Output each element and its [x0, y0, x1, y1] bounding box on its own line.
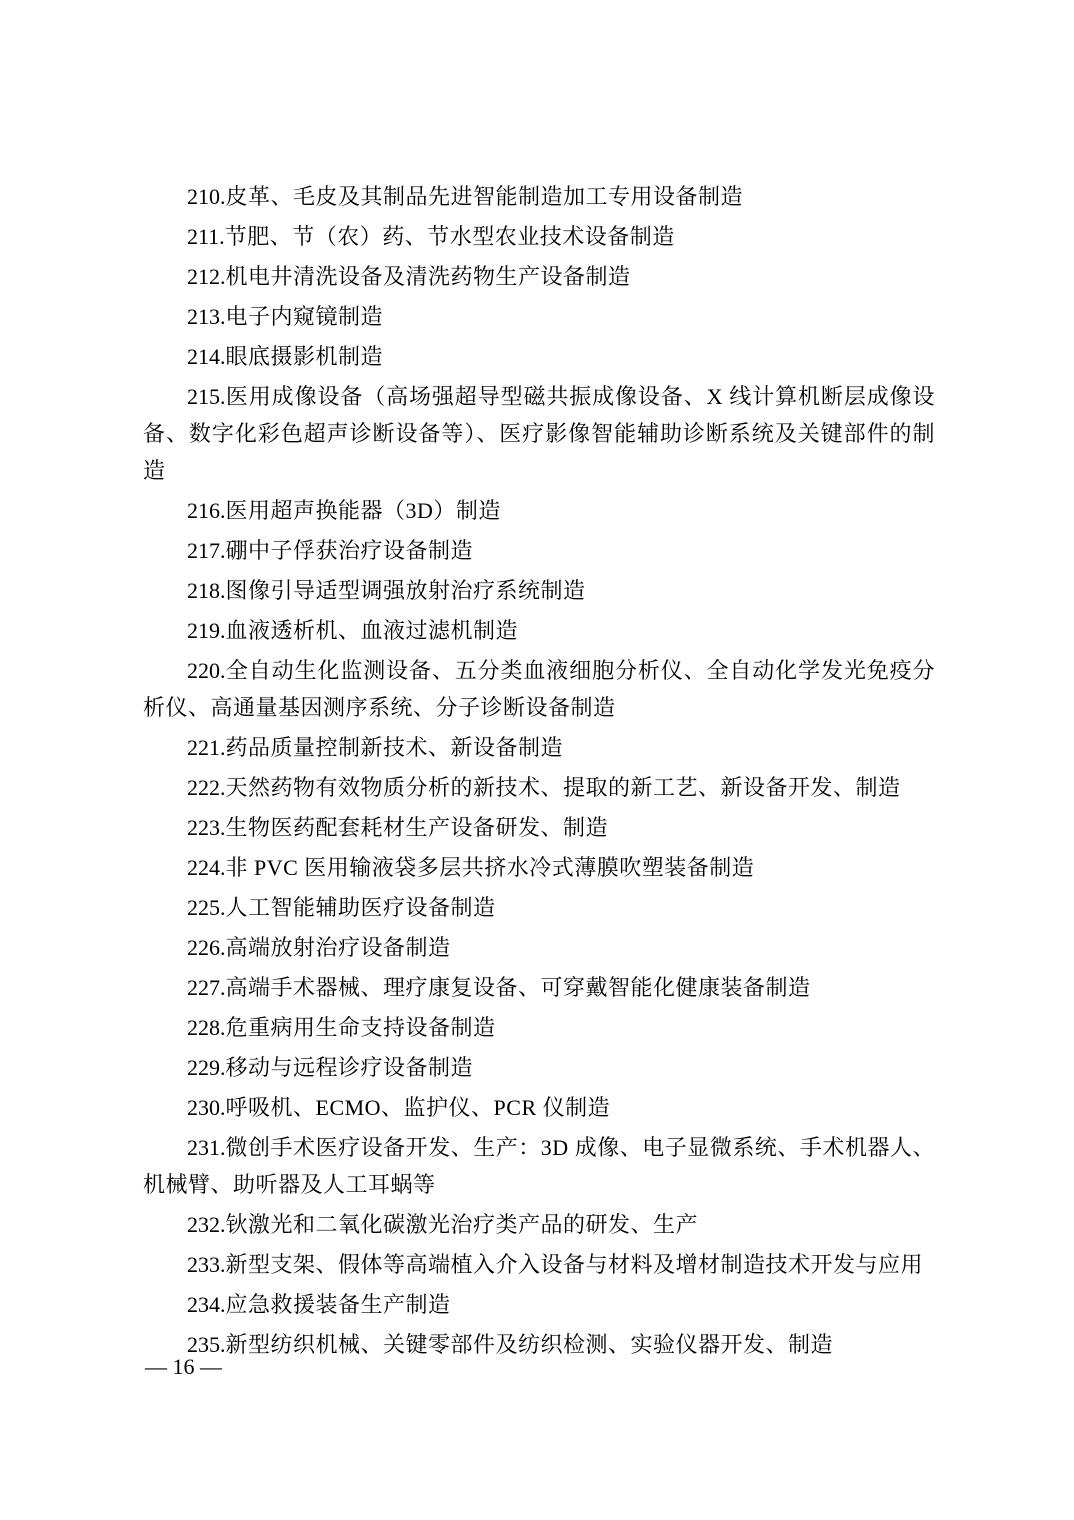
list-item: 213.电子内窥镜制造 [143, 298, 935, 335]
item-number: 215. [187, 384, 226, 409]
item-number: 227. [187, 975, 226, 1000]
item-text: 医用成像设备（高场强超导型磁共振成像设备、X 线计算机断层成像设备、数字化彩色超… [143, 384, 935, 483]
item-number: 232. [187, 1212, 226, 1237]
list-item: 233.新型支架、假体等高端植入介入设备与材料及增材制造技术开发与应用 [143, 1246, 935, 1283]
item-number: 224. [187, 855, 226, 880]
item-text: 图像引导适型调强放射治疗系统制造 [226, 578, 586, 603]
list-item: 225.人工智能辅助医疗设备制造 [143, 889, 935, 926]
item-number: 229. [187, 1055, 226, 1080]
item-text: 呼吸机、ECMO、监护仪、PCR 仪制造 [226, 1095, 611, 1120]
item-text: 机电井清洗设备及清洗药物生产设备制造 [226, 264, 631, 289]
list-item: 218.图像引导适型调强放射治疗系统制造 [143, 572, 935, 609]
item-number: 234. [187, 1292, 226, 1317]
item-text: 眼底摄影机制造 [226, 344, 384, 369]
item-number: 231. [187, 1135, 226, 1160]
item-text: 应急救援装备生产制造 [226, 1292, 451, 1317]
list-item: 217.硼中子俘获治疗设备制造 [143, 532, 935, 569]
item-text: 高端手术器械、理疗康复设备、可穿戴智能化健康装备制造 [226, 975, 811, 1000]
page-number: — 16 — [145, 1352, 222, 1382]
item-number: 223. [187, 815, 226, 840]
item-number: 222. [187, 775, 226, 800]
list-item: 223.生物医药配套耗材生产设备研发、制造 [143, 809, 935, 846]
item-text: 危重病用生命支持设备制造 [226, 1015, 496, 1040]
list-item: 226.高端放射治疗设备制造 [143, 929, 935, 966]
list-item: 220.全自动生化监测设备、五分类血液细胞分析仪、全自动化学发光免疫分析仪、高通… [143, 652, 935, 726]
document-page: 210.皮革、毛皮及其制品先进智能制造加工专用设备制造 211.节肥、节（农）药… [0, 0, 1074, 1520]
list-item: 227.高端手术器械、理疗康复设备、可穿戴智能化健康装备制造 [143, 969, 935, 1006]
list-item: 224.非 PVC 医用输液袋多层共挤水冷式薄膜吹塑装备制造 [143, 849, 935, 886]
item-text: 硼中子俘获治疗设备制造 [226, 538, 474, 563]
list-item: 234.应急救援装备生产制造 [143, 1286, 935, 1323]
list-item: 222.天然药物有效物质分析的新技术、提取的新工艺、新设备开发、制造 [143, 769, 935, 806]
item-number: 230. [187, 1095, 226, 1120]
item-number: 226. [187, 935, 226, 960]
list-item: 232.钬激光和二氧化碳激光治疗类产品的研发、生产 [143, 1206, 935, 1243]
list-item: 230.呼吸机、ECMO、监护仪、PCR 仪制造 [143, 1089, 935, 1126]
list-item: 211.节肥、节（农）药、节水型农业技术设备制造 [143, 218, 935, 255]
item-text: 新型纺织机械、关键零部件及纺织检测、实验仪器开发、制造 [226, 1332, 834, 1357]
list-item: 216.医用超声换能器（3D）制造 [143, 492, 935, 529]
catalogue-item-list: 210.皮革、毛皮及其制品先进智能制造加工专用设备制造 211.节肥、节（农）药… [143, 178, 935, 1366]
list-item: 212.机电井清洗设备及清洗药物生产设备制造 [143, 258, 935, 295]
item-text: 医用超声换能器（3D）制造 [226, 498, 501, 523]
item-number: 217. [187, 538, 226, 563]
item-text: 高端放射治疗设备制造 [226, 935, 451, 960]
item-number: 210. [187, 184, 226, 209]
item-text: 电子内窥镜制造 [226, 304, 384, 329]
item-text: 天然药物有效物质分析的新技术、提取的新工艺、新设备开发、制造 [226, 775, 901, 800]
item-text: 移动与远程诊疗设备制造 [226, 1055, 474, 1080]
item-text: 血液透析机、血液过滤机制造 [226, 618, 519, 643]
list-item: 231.微创手术医疗设备开发、生产：3D 成像、电子显微系统、手术机器人、机械臂… [143, 1129, 935, 1203]
item-text: 生物医药配套耗材生产设备研发、制造 [226, 815, 609, 840]
list-item: 229.移动与远程诊疗设备制造 [143, 1049, 935, 1086]
list-item: 219.血液透析机、血液过滤机制造 [143, 612, 935, 649]
list-item: 221.药品质量控制新技术、新设备制造 [143, 729, 935, 766]
item-number: 233. [187, 1252, 226, 1277]
item-text: 人工智能辅助医疗设备制造 [226, 895, 496, 920]
list-item: 210.皮革、毛皮及其制品先进智能制造加工专用设备制造 [143, 178, 935, 215]
item-number: 219. [187, 618, 226, 643]
item-text: 新型支架、假体等高端植入介入设备与材料及增材制造技术开发与应用 [226, 1252, 924, 1277]
list-item: 228.危重病用生命支持设备制造 [143, 1009, 935, 1046]
item-number: 212. [187, 264, 226, 289]
list-item: 215.医用成像设备（高场强超导型磁共振成像设备、X 线计算机断层成像设备、数字… [143, 378, 935, 489]
list-item: 214.眼底摄影机制造 [143, 338, 935, 375]
item-number: 221. [187, 735, 226, 760]
item-text: 非 PVC 医用输液袋多层共挤水冷式薄膜吹塑装备制造 [226, 855, 755, 880]
item-text: 节肥、节（农）药、节水型农业技术设备制造 [225, 224, 675, 249]
item-number: 216. [187, 498, 226, 523]
item-text: 微创手术医疗设备开发、生产：3D 成像、电子显微系统、手术机器人、机械臂、助听器… [143, 1135, 935, 1197]
item-number: 218. [187, 578, 226, 603]
item-number: 225. [187, 895, 226, 920]
item-text: 钬激光和二氧化碳激光治疗类产品的研发、生产 [226, 1212, 699, 1237]
list-item: 235.新型纺织机械、关键零部件及纺织检测、实验仪器开发、制造 [143, 1326, 935, 1363]
item-number: 228. [187, 1015, 226, 1040]
item-number: 214. [187, 344, 226, 369]
item-text: 皮革、毛皮及其制品先进智能制造加工专用设备制造 [226, 184, 744, 209]
item-text: 药品质量控制新技术、新设备制造 [226, 735, 564, 760]
item-number: 213. [187, 304, 226, 329]
item-number: 211. [187, 224, 225, 249]
item-text: 全自动生化监测设备、五分类血液细胞分析仪、全自动化学发光免疫分析仪、高通量基因测… [143, 658, 935, 720]
item-number: 220. [187, 658, 226, 683]
